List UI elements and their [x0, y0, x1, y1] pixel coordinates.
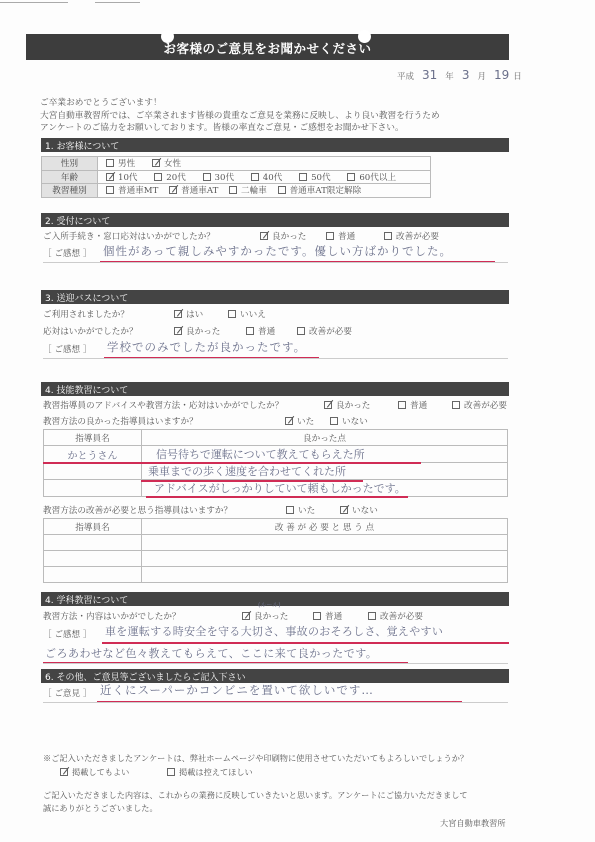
row-label: 教習種別 — [42, 184, 98, 198]
comment-rule — [43, 663, 508, 664]
checkbox-checked-icon[interactable] — [174, 310, 182, 318]
checkbox-checked-icon[interactable] — [285, 417, 293, 425]
checkbox-icon[interactable] — [330, 417, 338, 425]
checkbox-icon[interactable] — [246, 327, 254, 335]
option-label: 普通 — [338, 232, 355, 242]
punch-hole — [161, 30, 174, 43]
table-row: 乗車までの歩く速度を合わせてくれた所 — [44, 463, 508, 480]
thanks-line: ご記入いただきました内容は、これからの業務に反映していきたいと思います。アンケー… — [43, 790, 468, 801]
good-point-cell[interactable]: 信号待ちで運転について教えてもらえた所 — [142, 446, 508, 463]
option-label: 改善が必要 — [396, 232, 439, 242]
instructor-name-cell[interactable] — [44, 535, 142, 551]
option-label: いた — [298, 506, 315, 516]
checkbox-icon[interactable] — [286, 506, 294, 514]
table-row — [44, 567, 508, 583]
option-label: 50代 — [311, 173, 331, 183]
option-20s[interactable]: 20代 — [154, 173, 186, 183]
comment-classroom-line1[interactable]: 車を運転する時安全を守る大切さ、事故のおそろしさ、覚えやすい — [105, 623, 443, 639]
option-label: 40代 — [263, 173, 283, 183]
checkbox-icon[interactable] — [154, 173, 162, 181]
checkbox-icon[interactable] — [106, 186, 114, 194]
checkbox-checked-icon[interactable] — [169, 186, 177, 194]
column-header-improve-points: 改 善 が 必 要 と 思 う 点 — [142, 519, 508, 535]
comment-other[interactable]: 近くにスーパーかコンビニを置いて欲しいです… — [100, 682, 374, 698]
option-label: 60代以上 — [359, 173, 396, 183]
option-label: 30代 — [215, 173, 235, 183]
checkbox-icon[interactable] — [106, 159, 114, 167]
page-title: お客様のご意見をお聞かせください — [26, 39, 509, 57]
improve-point-cell[interactable] — [142, 535, 508, 551]
thanks-line: 誠にありがとうございました。 — [43, 803, 158, 814]
option-needs-improvement[interactable]: 改善が必要 — [368, 610, 423, 622]
instructor-name-cell[interactable]: かとうさん — [44, 446, 142, 463]
option-decline-publish[interactable]: 掲載は控えてほしい — [167, 767, 253, 778]
section-header-other-comments: 6. その他、ご意見等ございましたらご記入下さい — [41, 669, 509, 683]
option-yes[interactable]: はい — [174, 308, 203, 320]
checkbox-icon[interactable] — [229, 186, 237, 194]
date-month[interactable]: 3 — [462, 68, 470, 82]
option-good[interactable]: 良かった — [324, 399, 370, 411]
option-label: 普通車AT — [181, 186, 218, 196]
month-unit: 月 — [477, 72, 486, 82]
option-label: 10代 — [118, 173, 138, 183]
handwritten-underline — [43, 462, 421, 464]
option-label: 掲載は控えてほしい — [179, 767, 253, 777]
option-needs-improvement[interactable]: 改善が必要 — [452, 399, 507, 411]
checkbox-checked-icon[interactable] — [152, 159, 160, 167]
table-row — [44, 551, 508, 567]
intro-line: 大宮自動車教習所では、ご卒業されます皆様の貴重なご意見を業務に反映し、より良い教… — [40, 110, 440, 123]
punch-hole — [358, 30, 371, 43]
improve-instructor-table: 指導員名 改 善 が 必 要 と 思 う 点 — [43, 518, 508, 583]
day-unit: 日 — [513, 72, 522, 82]
section-header-reception: 2. 受付について — [41, 213, 509, 227]
option-label: 改善が必要 — [309, 327, 352, 337]
option-normal[interactable]: 普通 — [326, 230, 355, 242]
table-row — [44, 535, 508, 551]
column-header-instructor: 指導員名 — [44, 430, 142, 446]
row-label: 年齢 — [42, 170, 98, 184]
option-at-removal[interactable]: 普通車AT限定解除 — [278, 186, 362, 196]
table-row-age: 年齢 10代 20代 30代 40代 50代 60代以上 — [42, 170, 431, 184]
date-year[interactable]: 31 — [422, 68, 437, 82]
option-yes[interactable]: いた — [286, 504, 315, 516]
checkbox-checked-icon[interactable] — [60, 768, 68, 776]
question-bus-used: ご利用されましたか？ — [43, 308, 129, 320]
option-label: いいえ — [240, 310, 266, 320]
intro-line: ご卒業おめでとうございます！ — [40, 97, 440, 110]
option-no[interactable]: いない — [340, 504, 378, 516]
option-label: 普通 — [325, 612, 342, 622]
year-unit: 年 — [445, 72, 454, 82]
question-instructor-advice: 教習指導員のアドバイスや教習方法・応対はいかがでしたか？ — [43, 399, 283, 411]
date-era: 平成 — [397, 72, 414, 82]
checkbox-checked-icon[interactable] — [324, 401, 332, 409]
question-bus-service: 応対はいかがでしたか？ — [43, 325, 138, 337]
option-good[interactable]: 良かった — [174, 325, 220, 337]
option-label: 20代 — [166, 173, 186, 183]
age-options: 10代 20代 30代 40代 50代 60代以上 — [98, 170, 431, 184]
option-no[interactable]: いない — [330, 415, 368, 427]
table-row: アドバイスがしっかりしていて頼もしかったです。 — [44, 480, 508, 497]
intro-text: ご卒業おめでとうございます！ 大宮自動車教習所では、ご卒業されます皆様の貴重なご… — [40, 97, 440, 135]
checkbox-icon[interactable] — [326, 232, 334, 240]
option-normal[interactable]: 普通 — [313, 610, 342, 622]
question-good-instructor: 教習方法の良かった指導員はいますか？ — [43, 415, 198, 427]
option-label: 改善が必要 — [380, 612, 423, 622]
column-header-instructor: 指導員名 — [44, 519, 142, 535]
instructor-name-cell[interactable] — [44, 463, 142, 480]
comment-label: ［ ご意見 ］ — [43, 687, 91, 699]
handwritten-underline — [146, 496, 408, 498]
good-point-cell[interactable]: アドバイスがしっかりしていて頼もしかったです。 — [142, 480, 508, 497]
option-male[interactable]: 男性 — [106, 159, 135, 169]
comment-label: ［ ご感想 ］ — [43, 628, 91, 640]
instructor-name-cell[interactable] — [44, 551, 142, 567]
checkbox-icon[interactable] — [299, 173, 307, 181]
instructor-name: かとうさん — [68, 451, 118, 462]
table-row-course: 教習種別 普通車MT 普通車AT 二輪車 普通車AT限定解除 — [42, 184, 431, 198]
option-yes[interactable]: いた — [285, 415, 314, 427]
checkbox-checked-icon[interactable] — [174, 327, 182, 335]
option-label: いない — [342, 417, 368, 427]
good-point-text: 信号待ちで運転について教えてもらえた所 — [142, 448, 365, 461]
option-label: はい — [186, 310, 203, 320]
option-good[interactable]: 良かった — [242, 610, 288, 622]
comment-reception[interactable]: 個性があって親しみやすかったです。優しい方ばかりでした。 — [103, 243, 452, 259]
comment-rule — [43, 702, 508, 703]
comment-shuttle-bus[interactable]: 学校でのみでしたが良かったです。 — [107, 339, 306, 355]
table-row-gender: 性別 男性 女性 — [42, 157, 431, 171]
option-label: 良かった — [254, 612, 288, 622]
option-label: 良かった — [272, 232, 306, 242]
comment-rule — [43, 262, 508, 263]
option-label: 良かった — [336, 401, 370, 411]
option-label: 掲載してもよい — [72, 767, 129, 777]
option-label: 普通車AT限定解除 — [290, 186, 362, 196]
option-motorcycle[interactable]: 二輪車 — [229, 186, 267, 196]
section-header-driving-lessons: 4. 技能教習について — [41, 382, 509, 396]
consent-question: ※ご記入いただきましたアンケートは、弊社ホームページや印刷物に使用させていただい… — [43, 753, 468, 764]
option-label: 男性 — [118, 159, 135, 169]
date-day[interactable]: 19 — [494, 68, 509, 82]
question-reception: ご入所手続き・窓口応対はいかがでしたか？ — [43, 230, 215, 242]
checkbox-icon[interactable] — [251, 173, 259, 181]
option-label: 二輪車 — [241, 186, 267, 196]
option-label: 良かった — [186, 327, 220, 337]
option-allow-publish[interactable]: 掲載してもよい — [60, 767, 129, 778]
row-label: 性別 — [42, 157, 98, 171]
comment-rule — [43, 358, 508, 359]
option-label: 女性 — [164, 159, 181, 169]
checkbox-icon[interactable] — [398, 401, 406, 409]
checkbox-checked-icon[interactable] — [242, 612, 250, 620]
checkbox-icon[interactable] — [297, 327, 305, 335]
checkbox-checked-icon[interactable] — [340, 506, 348, 514]
checkbox-icon[interactable] — [203, 173, 211, 181]
option-normal[interactable]: 普通 — [398, 399, 427, 411]
option-label: 普通 — [258, 327, 275, 337]
scan-artifact-line — [95, 2, 140, 3]
option-40s[interactable]: 40代 — [251, 173, 283, 183]
checkbox-icon[interactable] — [384, 232, 392, 240]
handwritten-underline — [141, 480, 363, 482]
customer-info-table: 性別 男性 女性 年齢 10代 20代 30代 40代 50代 60代以上 教習… — [41, 156, 431, 198]
table-header-row: 指導員名 改 善 が 必 要 と 思 う 点 — [44, 519, 508, 535]
ruby-annotation: (ルール) — [258, 600, 281, 609]
checkbox-icon[interactable] — [368, 612, 376, 620]
option-label: 改善が必要 — [464, 401, 507, 411]
option-normal[interactable]: 普通 — [246, 325, 275, 337]
option-female[interactable]: 女性 — [152, 159, 181, 169]
good-point-text: アドバイスがしっかりしていて頼もしかったです。 — [142, 482, 406, 495]
instructor-name-cell[interactable] — [44, 567, 142, 583]
comment-classroom-line2[interactable]: ごろあわせなど色々教えてもらえて、ここに来て良かったです。 — [45, 645, 377, 661]
course-options: 普通車MT 普通車AT 二輪車 普通車AT限定解除 — [98, 184, 431, 198]
good-point-text: 乗車までの歩く速度を合わせてくれた所 — [142, 465, 346, 478]
option-30s[interactable]: 30代 — [203, 173, 235, 183]
improve-point-cell[interactable] — [142, 567, 508, 583]
gender-options: 男性 女性 — [98, 157, 431, 171]
option-50s[interactable]: 50代 — [299, 173, 331, 183]
table-row: かとうさん 信号待ちで運転について教えてもらえた所 — [44, 446, 508, 463]
checkbox-icon[interactable] — [452, 401, 460, 409]
checkbox-icon[interactable] — [228, 310, 236, 318]
section-header-shuttle-bus: 3. 送迎バスについて — [41, 290, 509, 304]
improve-point-cell[interactable] — [142, 551, 508, 567]
option-at[interactable]: 普通車AT — [169, 186, 218, 196]
option-label: いた — [297, 417, 314, 427]
option-mt[interactable]: 普通車MT — [106, 186, 158, 196]
intro-line: アンケートのご協力をお願いしております。皆様の率直なご意見・ご感想をお聞かせ下さ… — [40, 122, 440, 135]
option-label: いない — [352, 506, 378, 516]
checkbox-icon[interactable] — [167, 768, 175, 776]
column-header-good-points: 良かった点 — [142, 430, 508, 446]
option-needs-improvement[interactable]: 改善が必要 — [384, 230, 439, 242]
checkbox-checked-icon[interactable] — [106, 173, 114, 181]
comment-label: ［ ご感想 ］ — [43, 247, 91, 259]
checkbox-icon[interactable] — [313, 612, 321, 620]
option-no[interactable]: いいえ — [228, 308, 266, 320]
good-point-cell[interactable]: 乗車までの歩く速度を合わせてくれた所 — [142, 463, 508, 480]
date-field: 平成31年3月19日 — [397, 68, 522, 82]
question-improve-instructor: 教習方法の改善が必要と思う指導員はいますか？ — [43, 504, 232, 516]
section-header-customer: 1. お客様について — [41, 138, 509, 152]
title-bar: お客様のご意見をお聞かせください — [26, 34, 509, 60]
option-needs-improvement[interactable]: 改善が必要 — [297, 325, 352, 337]
option-label: 普通車MT — [118, 186, 158, 196]
table-header-row: 指導員名 良かった点 — [44, 430, 508, 446]
checkbox-icon[interactable] — [278, 186, 286, 194]
instructor-name-cell[interactable] — [44, 480, 142, 497]
checkbox-checked-icon[interactable] — [260, 232, 268, 240]
option-good[interactable]: 良かった — [260, 230, 306, 242]
option-label: 普通 — [410, 401, 427, 411]
option-60s-plus[interactable]: 60代以上 — [347, 173, 396, 183]
handwritten-underline — [102, 642, 509, 644]
question-classroom: 教習方法・内容はいかがでしたか？ — [43, 610, 181, 622]
school-signature: 大宮自動車教習所 — [440, 818, 506, 829]
checkbox-icon[interactable] — [347, 173, 355, 181]
scan-artifact-line — [0, 2, 68, 3]
comment-label: ［ ご感想 ］ — [43, 343, 91, 355]
option-10s[interactable]: 10代 — [106, 173, 138, 183]
